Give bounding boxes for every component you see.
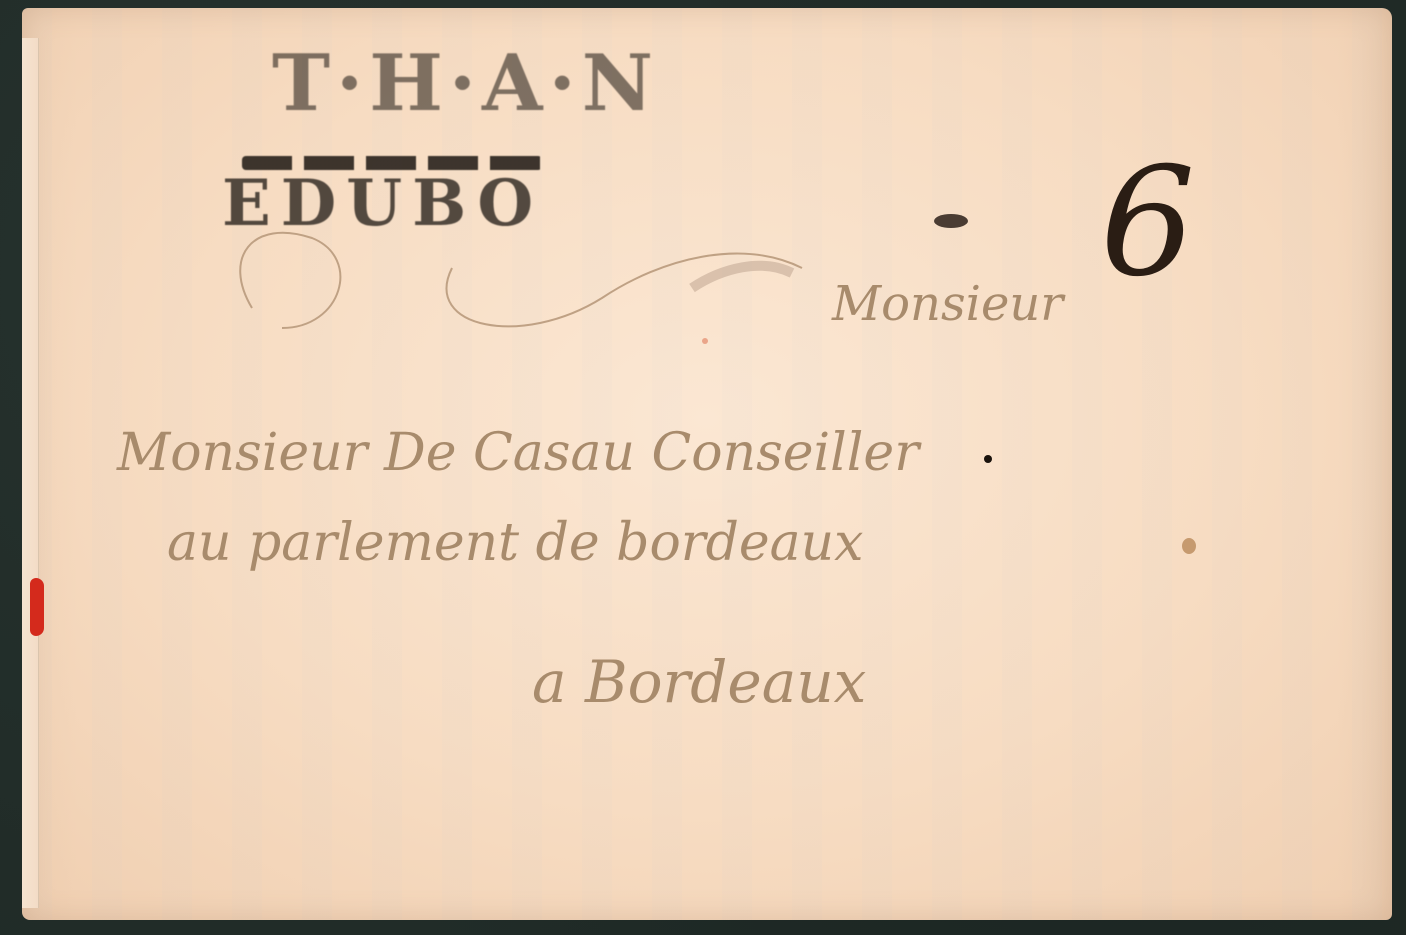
ink-dot xyxy=(984,455,992,463)
flourish-capital-m xyxy=(222,178,882,348)
red-wax-seal xyxy=(30,578,44,636)
red-fleck xyxy=(702,338,708,344)
postage-rate-marking: 6 xyxy=(1100,148,1195,298)
address-line-3: a Bordeaux xyxy=(532,648,866,716)
letter-fold-edge xyxy=(22,38,39,908)
postmark-line-1: T·H·A·N xyxy=(272,38,659,129)
foxing-spot xyxy=(1182,538,1196,554)
ink-spot xyxy=(934,214,968,228)
address-line-2: au parlement de bordeaux xyxy=(167,513,864,573)
address-line-1: Monsieur De Casau Conseiller xyxy=(117,423,919,483)
salutation-text: Monsieur xyxy=(832,276,1063,332)
letter-cover: T·H·A·N EDUBO Monsieur 6 Monsieur De Cas… xyxy=(22,8,1392,920)
